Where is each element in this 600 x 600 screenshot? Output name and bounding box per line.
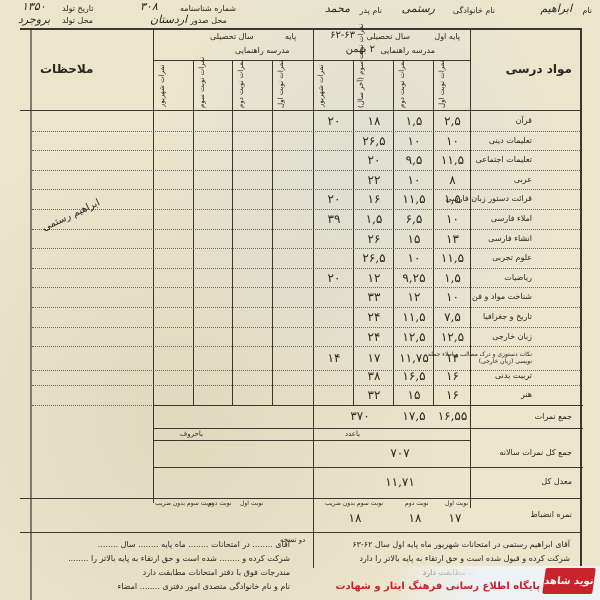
name-label: نام: [582, 6, 592, 15]
name-value: ابراهیم: [540, 2, 572, 15]
family-label: نام خانوادگی: [453, 6, 495, 15]
subject-name: املاء فارسی: [491, 214, 532, 223]
row-divider: [32, 385, 580, 386]
grade-t4: [315, 248, 353, 268]
divider: [20, 532, 582, 533]
grade-t1: ۸: [435, 170, 470, 190]
grade-t1: ۲,۵: [435, 111, 470, 131]
grade-t1: ۱۱,۵: [435, 248, 470, 268]
grade-t1: ۱۳: [435, 229, 470, 249]
row-divider: [32, 307, 580, 308]
annual-total-label: جمع کل نمرات سالانه: [499, 448, 572, 457]
grade-t2: ۶,۵: [395, 209, 433, 229]
discipline-col-2: نوبت سوم بدون ضریب: [155, 500, 213, 507]
grade1-year-value: ۶۲-۶۳: [330, 30, 355, 41]
divider: [353, 60, 354, 405]
grade-t4: [315, 307, 353, 327]
divider: [232, 60, 233, 405]
subject-name: انشاء فارسی: [488, 234, 532, 243]
average-label: معدل کل: [541, 477, 572, 486]
row-divider: [32, 229, 580, 230]
grade1-year-label: سال تحصیلی: [366, 32, 410, 41]
issue-place-value: اردستان: [150, 13, 187, 26]
row-divider: [32, 346, 580, 347]
divider: [272, 60, 273, 405]
watermark-tagline: پایگاه اطلاع رسانی فرهنگ ایثار و شهادت: [335, 581, 540, 592]
grade-t1: ۷,۵: [435, 307, 470, 327]
grade-t2: ۱۱,۵: [395, 307, 433, 327]
divider: [313, 28, 314, 568]
grade-t3: ۱۸: [355, 111, 393, 131]
grade-t3: ۳۸: [355, 366, 393, 386]
subject-name: شناخت مواد و فن: [472, 292, 532, 301]
row-divider: [32, 268, 580, 269]
col-header: نمرات شهریور: [158, 64, 188, 108]
col-header: نمرات نوبت سوم (آخر سال): [357, 64, 387, 108]
left-note: دو نسخه: [280, 536, 305, 544]
subject-name: تعلیمات دینی: [489, 136, 532, 145]
grade-t4: [315, 170, 353, 190]
row-divider: [32, 327, 580, 328]
divider: [393, 60, 394, 405]
family-value: رستمی: [402, 2, 435, 15]
grade-t2: ۱۰: [395, 131, 433, 151]
grade-t3: ۲۲: [355, 170, 393, 190]
grade-t3: ۱۲: [355, 268, 393, 288]
grade-t4: [315, 385, 353, 405]
grade-t2: ۱۱,۵: [395, 189, 433, 209]
discipline-col-2: نوبت اول: [240, 500, 263, 507]
footer-left-line: آقای ........ در امتحانات ........ ماه پ…: [98, 540, 290, 549]
grade-t1: ۱۶: [435, 385, 470, 405]
navid-shahed-logo: نوید شاهد: [542, 568, 596, 594]
issue-place-label: محل صدور: [190, 16, 227, 25]
words-label: باحروف: [180, 430, 203, 438]
grade-t3: ۲۶,۵: [355, 131, 393, 151]
grade2-label: پایه: [285, 32, 296, 41]
annual-total-value: ۷۰۷: [370, 440, 430, 466]
footer-right-line: شرکت کرده و قبول شده است و حق ارتقاء به …: [359, 554, 570, 563]
grade-t1: ۱۰: [435, 287, 470, 307]
grade-t3: ۱,۵: [355, 209, 393, 229]
grade-t1: ۱۰: [435, 131, 470, 151]
grade-t4: ۳۹: [315, 209, 353, 229]
birth-date-label: تاریخ تولد: [62, 4, 93, 13]
grade-t3: ۳۳: [355, 287, 393, 307]
grade-t2: ۱۰: [395, 170, 433, 190]
row-divider: [32, 131, 580, 132]
grade2-school-label: مدرسه راهنمایی: [235, 46, 290, 55]
remarks-title: ملاحظات: [40, 62, 93, 76]
row-divider: [32, 189, 580, 190]
col-header: نمرات نوبت دوم: [398, 64, 428, 108]
discipline-label: نمره انضباط: [530, 510, 572, 519]
sum-label: جمع نمرات: [535, 412, 572, 421]
grade-t1: ۱۰: [435, 209, 470, 229]
frame-right: [580, 28, 582, 600]
sum-t2: ۱۷,۵: [395, 405, 433, 427]
grade-t1: ۱,۵: [435, 189, 470, 209]
col-header: نمرات نوبت اول: [277, 64, 307, 108]
grade-t3: ۲۴: [355, 307, 393, 327]
discipline-t3: ۱۸: [340, 508, 370, 528]
id-number-label: شماره شناسنامه: [180, 4, 236, 13]
subject-name: تربیت بدنی: [495, 371, 532, 380]
discipline-col: نوبت دوم: [405, 500, 429, 507]
grade-t2: ۱۶,۵: [395, 366, 433, 386]
row-divider: [32, 248, 580, 249]
numeric-label: باعدد: [345, 430, 360, 438]
grade-t4: ۲۰: [315, 111, 353, 131]
id-number-value: ۳۰۸: [140, 0, 158, 13]
subject-name: ریاضیات: [504, 273, 532, 282]
grade-t2: ۱۰: [395, 248, 433, 268]
sum-t3: ۳۷۰: [330, 405, 390, 427]
grade-t2: ۱۲: [395, 287, 433, 307]
birth-place-label: محل تولد: [62, 16, 93, 25]
grade-t1: ۱,۵: [435, 268, 470, 288]
subject-name: عربی: [514, 175, 532, 184]
grade-t4: [315, 150, 353, 170]
grade-t2: ۹,۲۵: [395, 268, 433, 288]
grade-t4: [315, 287, 353, 307]
divider: [20, 110, 582, 111]
subject-name: علوم تجربی: [492, 253, 532, 262]
row-divider: [32, 170, 580, 171]
row-divider: [32, 209, 580, 210]
grade-t2: ۱,۵: [395, 111, 433, 131]
grade-t4: [315, 229, 353, 249]
col-header: نمرات نوبت دوم: [237, 64, 267, 108]
divider: [153, 28, 154, 503]
grade1-label: پایه اول: [434, 32, 460, 41]
grade-t1: ۱۶: [435, 366, 470, 386]
col-header: نمرات نوبت اول: [438, 64, 468, 108]
footer-right-line: آقای ابراهیم رستمی در امتحانات شهریور ما…: [352, 540, 570, 549]
discipline-t2: ۱۸: [400, 508, 430, 528]
subject-name: زبان خارجی: [492, 332, 532, 341]
sum-t1: ۱۶,۵۵: [435, 405, 470, 427]
grade-t4: ۲۰: [315, 189, 353, 209]
col-header: نمرات شهریور: [317, 64, 347, 108]
footer-left-line: شرکت کرده و ........ شده است و حق ارتقاء…: [68, 554, 290, 563]
birth-place-value: بروجرد: [18, 13, 50, 26]
grade-t4: [315, 327, 353, 347]
row-divider: [32, 287, 580, 288]
grade-t2: ۱۲,۵: [395, 327, 433, 347]
subject-name: هنر: [521, 390, 532, 399]
row-divider: [32, 150, 580, 151]
subject-name: قرآن: [516, 116, 532, 125]
average-value: ۱۱,۷۱: [370, 467, 430, 497]
grade-t3: ۲۶,۵: [355, 248, 393, 268]
footer-left-line: مندرجات فوق با دفتر امتحانات مطابقت دارد: [143, 568, 290, 577]
grade-t4: ۲۰: [315, 268, 353, 288]
father-value: محمد: [325, 2, 350, 15]
subject-name: تعلیمات اجتماعی: [476, 155, 532, 164]
document-paper: نام ابراهیم نام خانوادگی رستمی نام پدر م…: [0, 0, 600, 600]
father-label: نام پدر: [360, 6, 382, 15]
grade-t3: ۳۲: [355, 385, 393, 405]
watermark: نوید شاهد پایگاه اطلاع رسانی فرهنگ ایثار…: [400, 566, 600, 600]
grade-t2: ۹,۵: [395, 150, 433, 170]
grade2-year-label: سال تحصیلی: [210, 32, 254, 41]
grade-t3: ۲۶: [355, 229, 393, 249]
footer-left-line: نام و نام خانوادگی متصدی امور دفتری ....…: [117, 582, 290, 591]
grade-t4: [315, 366, 353, 386]
divider: [153, 467, 583, 468]
col-header: نمرات نوبت سوم: [198, 64, 228, 108]
grade1-school-label: مدرسه راهنمایی: [380, 46, 435, 55]
grade-t2: ۱۵: [395, 385, 433, 405]
frame-left: [30, 28, 32, 600]
grade-t4: [315, 131, 353, 151]
grade-t3: ۲۰: [355, 150, 393, 170]
subjects-title: مواد درسی: [506, 62, 572, 76]
divider: [193, 60, 194, 405]
grade-t1: ۱۱,۵: [435, 150, 470, 170]
divider: [153, 428, 583, 429]
grade-t3: ۱۶: [355, 189, 393, 209]
grade-t3: ۲۴: [355, 327, 393, 347]
discipline-col: نوبت سوم بدون ضریب: [325, 500, 383, 507]
grade-t1: ۱۲,۵: [435, 327, 470, 347]
grade-t2: ۱۵: [395, 229, 433, 249]
subject-name: تاریخ و جغرافیا: [483, 312, 532, 321]
divider: [20, 498, 582, 499]
discipline-t1: ۱۷: [440, 508, 470, 528]
discipline-col: نوبت اول: [445, 500, 468, 507]
frame-top: [20, 28, 582, 30]
birth-date-value: ۱۳۵۰: [22, 0, 46, 13]
